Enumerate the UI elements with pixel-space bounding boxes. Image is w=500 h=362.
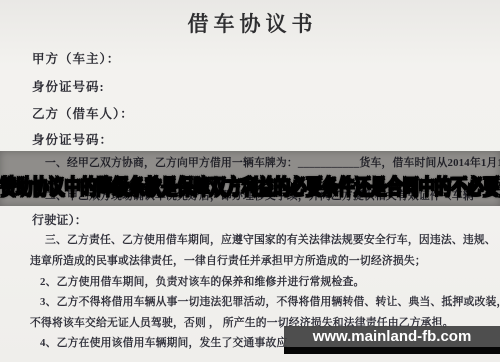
clause-3-line2: 违章所造成的民事或法律责任，一律自行责任并承担甲方所造成的一切经济损失； [30, 253, 426, 268]
item-4-text: 4、乙方在使用该借用车辆期间，发生了交通事故应 [40, 335, 288, 350]
watermark-url-text: www.mainland-fb.com [313, 328, 472, 345]
watermark-black-bar [284, 347, 500, 354]
clause-3-line1: 三、乙方责任、乙方使用借车期间，应遵守国家的有关法律法规要安全行车，因违法、违规… [45, 232, 496, 247]
news-caption-overlay: 赞助协议中的降级条款是保障双方利益的必要条件还是合同中的不必要负担 [0, 173, 500, 204]
party-b-id-label: 身份证号码： [32, 130, 113, 148]
watermark-banner: www.mainland-fb.com [284, 326, 500, 347]
clause-2-continuation: 行驶证）： [32, 211, 87, 228]
document-title: 借车协议书 [0, 8, 500, 38]
clause-1-text: 一、经甲乙双方协商，乙方向甲方借用一辆车牌为：___________货车，借车时… [45, 155, 500, 170]
contract-photo-page: 借车协议书 甲方（车主）： 身份证号码: 乙方（借车人）： 身份证号码： 一、经… [0, 0, 500, 362]
party-b-label: 乙方（借车人）： [32, 104, 134, 122]
party-a-id-label: 身份证号码: [32, 77, 105, 95]
party-a-label: 甲方（车主）： [32, 49, 120, 67]
item-2-text: 2、乙方使用借车期间，负责对该车的保养和维修并进行常规检查。 [40, 274, 365, 289]
item-3-line1: 3、乙方不得将借用车辆从事一切违法犯罪活动，不得将借用辆转借、转让、典当、抵押或… [40, 294, 500, 309]
